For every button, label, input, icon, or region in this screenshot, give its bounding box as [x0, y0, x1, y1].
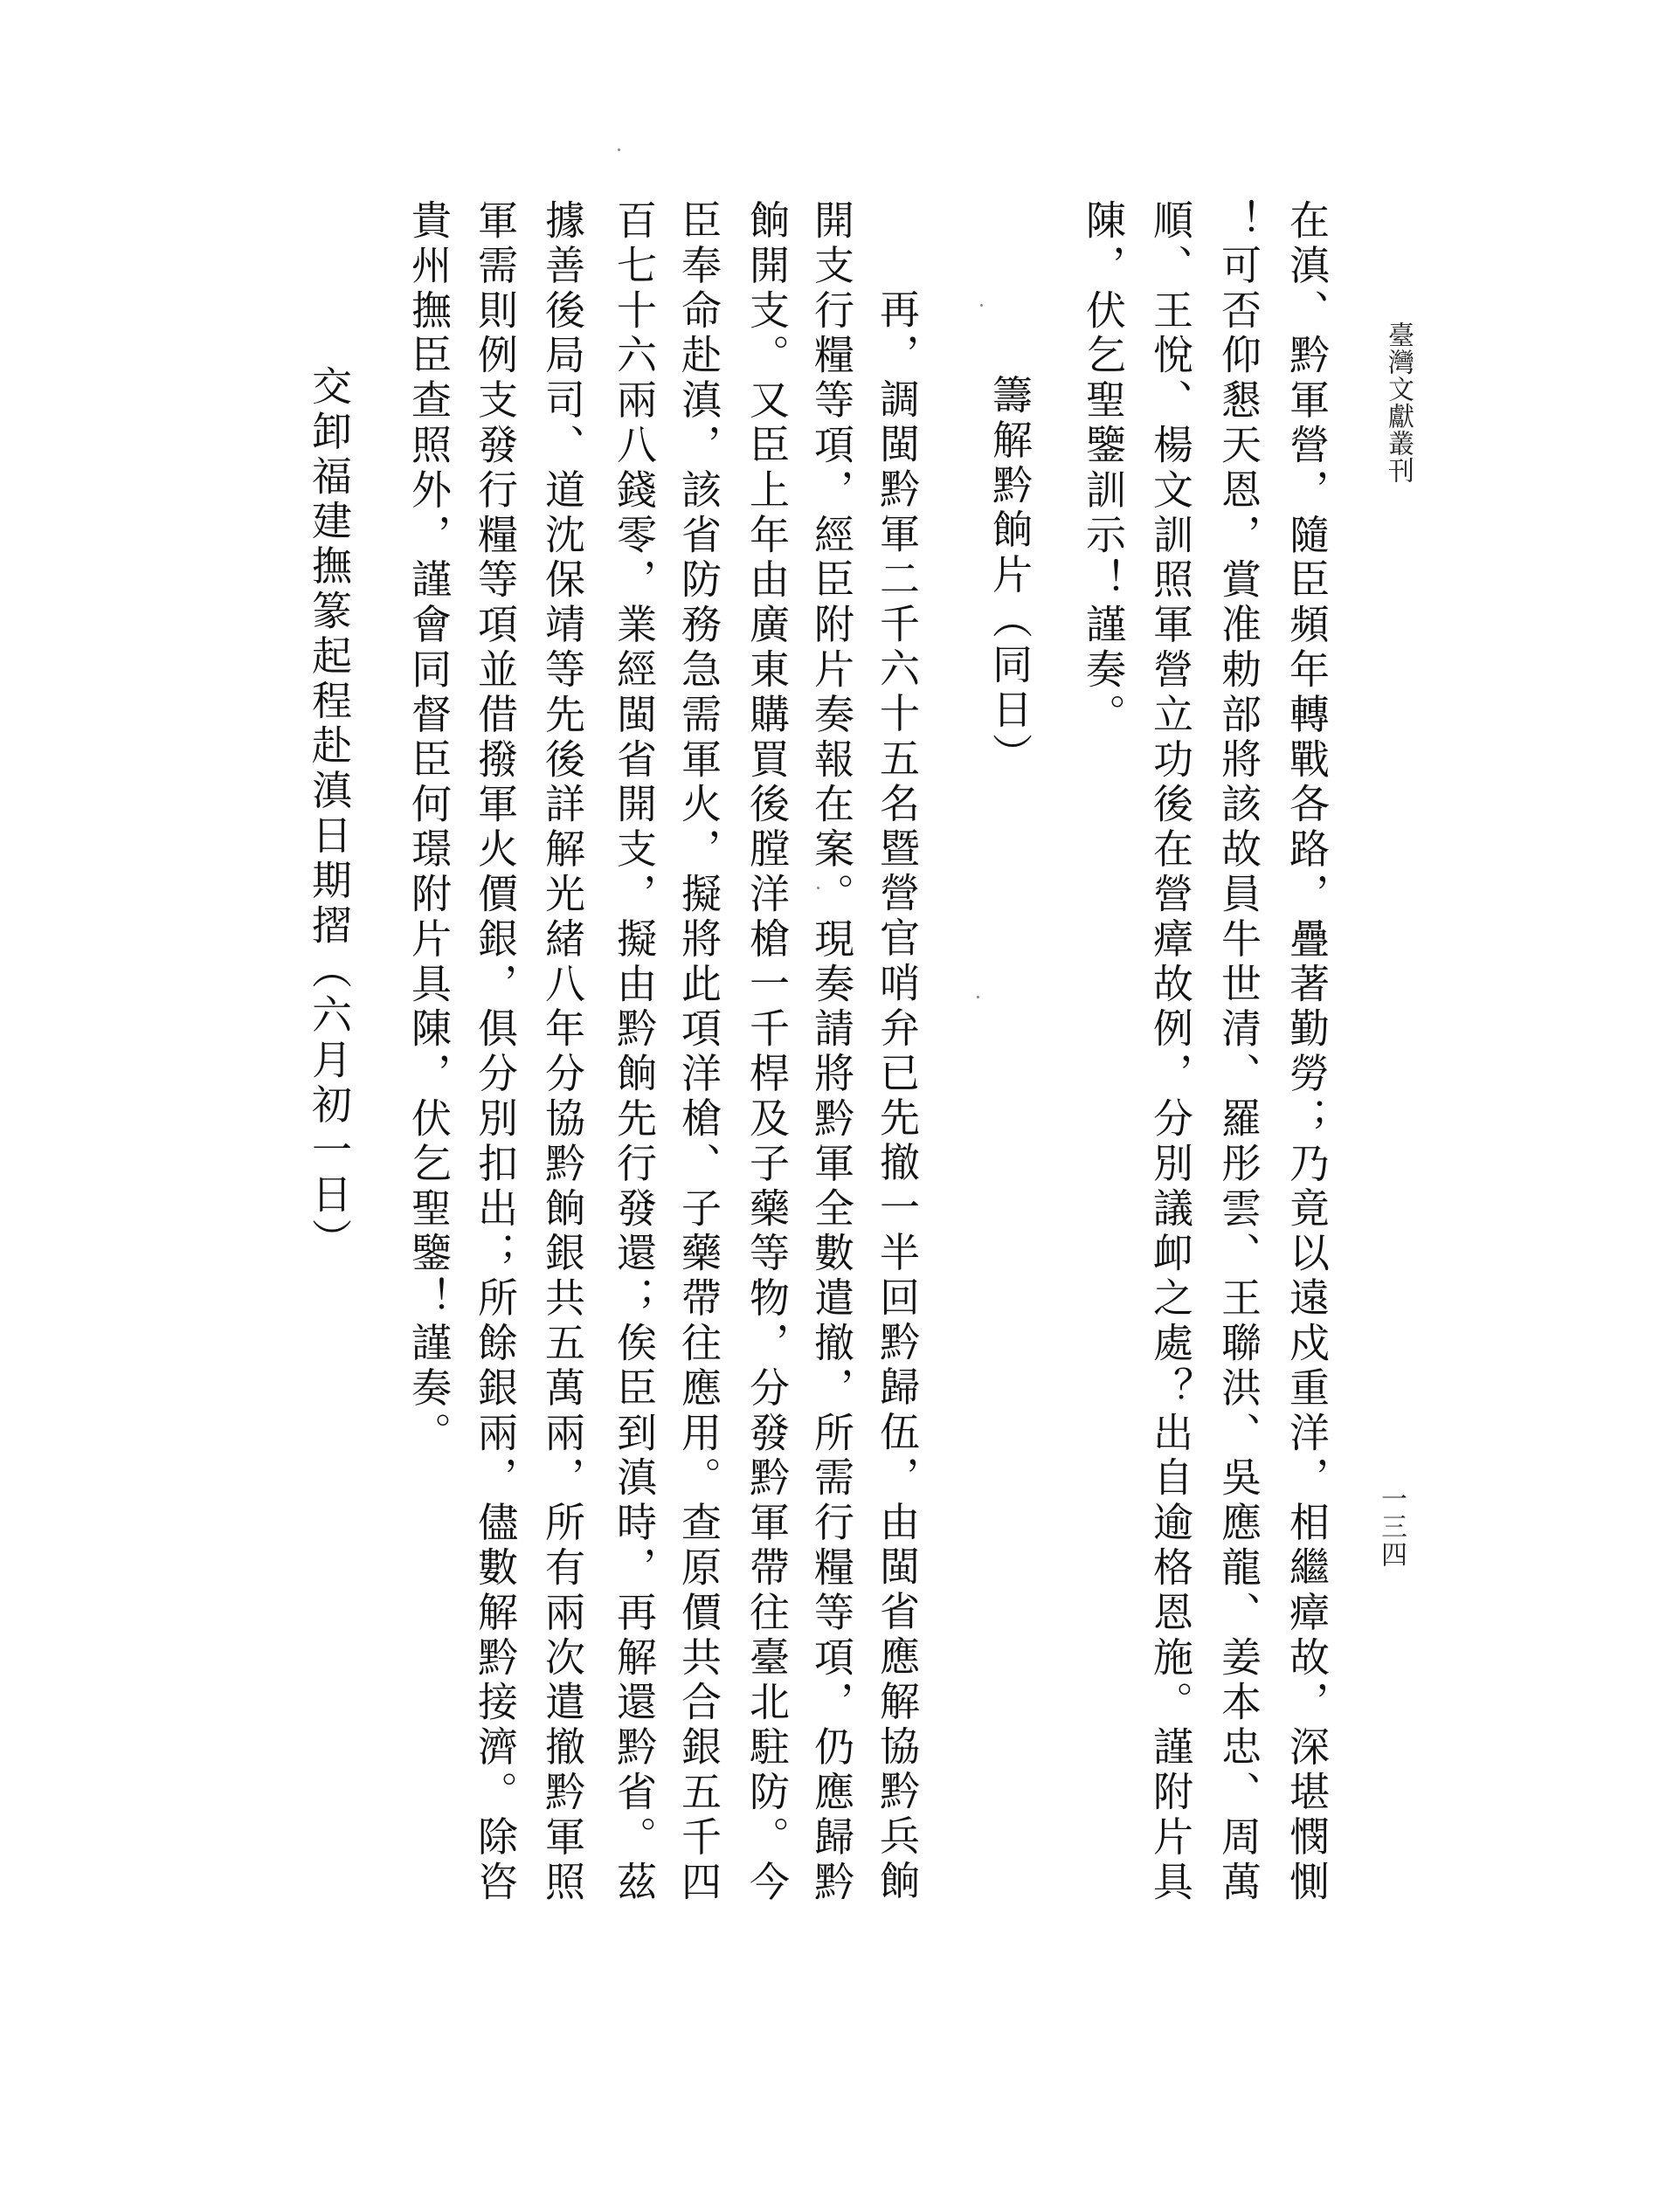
- text-column: 據善後局司、道沈保靖等先後詳解光緒八年分協黔餉銀共五萬兩，所有兩次遣撤黔軍照: [535, 199, 587, 1905]
- section-title: 交卸福建撫篆起程赴滇日期摺（六月初一日）: [301, 365, 354, 1263]
- text-column: 開支行糧等項，經臣附片奏報在案。現奏請將黔軍全數遣撤，所需行糧等項，仍應歸黔: [804, 199, 856, 1905]
- text-column: 在滇、黔軍營，隨臣頻年轉戰各路，疊著勤勞；乃竟以遠戍重洋，相繼瘴故，深堪憫惻: [1279, 199, 1331, 1905]
- page-number: 一三四: [1372, 1485, 1410, 1569]
- text-column: 貴州撫臣查照外，謹會同督臣何璟附片具陳，伏乞聖鑒！謹奏。: [401, 199, 453, 1456]
- scan-speck: [817, 887, 819, 889]
- scan-speck: [980, 304, 983, 307]
- document-page: 臺灣文獻叢刊 一三四 在滇、黔軍營，隨臣頻年轉戰各路，疊著勤勞；乃竟以遠戍重洋，…: [0, 0, 1680, 2210]
- text-column: 餉開支。又臣上年由廣東購買後膛洋槍一千桿及子藥等物，分發黔軍帶往臺北駐防。今: [739, 199, 792, 1905]
- text-column: 陳，伏乞聖鑒訓示！謹奏。: [1075, 199, 1128, 738]
- text-column: 臣奉命赴滇，該省防務急需軍火，擬將此項洋槍、子藥帶往應用。查原價共合銀五千四: [671, 199, 723, 1905]
- series-title: 臺灣文獻叢刊: [1379, 321, 1417, 484]
- text-column: 再，調閩黔軍二千六十五名暨營官哨弁已先撤一半回黔歸伍，由閩省應解協黔兵餉: [869, 288, 922, 1904]
- text-column: 軍需則例支發行糧等項並借撥軍火價銀，俱分別扣出；所餘銀兩，儘數解黔接濟。除咨: [467, 199, 520, 1905]
- text-column: ！可否仰懇天恩，賞准勅部將該故員牛世清、羅彤雲、王聯洪、吳應龍、姜本忠、周萬: [1211, 199, 1263, 1905]
- text-column: 順、王悅、楊文訓照軍營立功後在營瘴故例，分別議卹之處？出自逾格恩施。謹附片具: [1143, 199, 1195, 1905]
- text-column: 百七十六兩八錢零，業經閩省開支，擬由黔餉先行發還；俟臣到滇時，再解還黔省。茲: [606, 199, 659, 1905]
- scan-speck: [618, 148, 620, 151]
- section-title: 籌解黔餉片（同日）: [982, 374, 1034, 778]
- scan-speck: [977, 996, 979, 998]
